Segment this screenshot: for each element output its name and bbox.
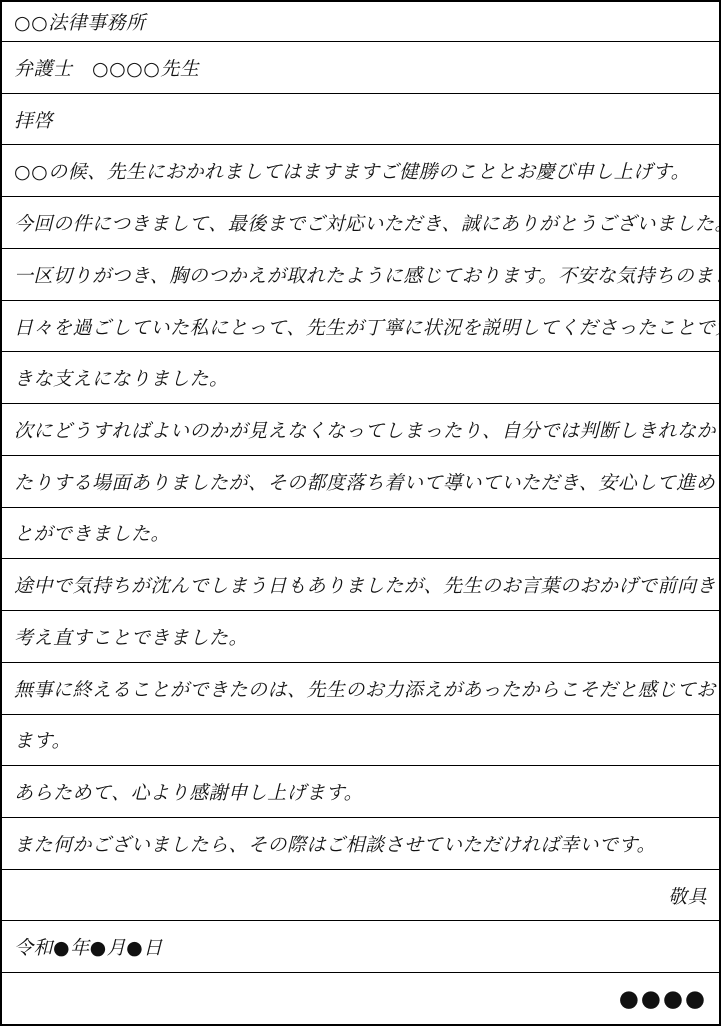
closing-salutation-text: 敬具 [668, 882, 707, 909]
seasonal-greeting-line: ○○の候、先生におかれましてはますますご健勝のこととお慶び申し上げす。 [2, 145, 719, 197]
gratitude-line: あらためて、心より感謝申し上げます。 [2, 766, 719, 818]
seasonal-greeting-text: ○○の候、先生におかれましてはますますご健勝のこととお慶び申し上げす。 [14, 157, 690, 184]
date-line: 令和●年●月●日 [2, 921, 719, 973]
body-text-9: 無事に終えることができたのは、先生のお力添えがあったからこそだと感じており [14, 675, 719, 702]
date-text: 令和●年●月●日 [14, 933, 163, 960]
opening-salutation-text: 拝啓 [14, 106, 53, 133]
thanks-line: 今回の件につきまして、最後までご対応いただき、誠にありがとうございました。 [2, 197, 719, 249]
recipient-office-line: ○○法律事務所 [2, 2, 719, 42]
body-line-3: きな支えになりました。 [2, 352, 719, 404]
closing-salutation-line: 敬具 [2, 870, 719, 922]
body-line-6: とができました。 [2, 508, 719, 560]
opening-salutation-line: 拝啓 [2, 94, 719, 146]
letter-sheet: ○○法律事務所 弁護士 ○○○○先生 拝啓 ○○の候、先生におかれましてはますま… [0, 0, 721, 1026]
body-text-2: 日々を過ごしていた私にとって、先生が丁寧に状況を説明してくださったことで大 [14, 313, 719, 340]
body-text-4: 次にどうすればよいのかが見えなくなってしまったり、自分では判断しきれなかっ [14, 416, 719, 443]
body-line-10: ます。 [2, 715, 719, 767]
body-text-7: 途中で気持ちが沈んでしまう日もありましたが、先生のお言葉のおかげで前向きに [14, 571, 719, 598]
body-line-5: たりする場面ありましたが、その都度落ち着いて導いていただき、安心して進めるこ [2, 456, 719, 508]
future-request-line: また何かございましたら、その際はご相談させていただければ幸いです。 [2, 818, 719, 870]
body-text-5: たりする場面ありましたが、その都度落ち着いて導いていただき、安心して進めるこ [14, 468, 719, 495]
body-text-10: ます。 [14, 726, 71, 753]
body-line-2: 日々を過ごしていた私にとって、先生が丁寧に状況を説明してくださったことで大 [2, 301, 719, 353]
recipient-office-text: ○○法律事務所 [14, 8, 146, 35]
gratitude-text: あらためて、心より感謝申し上げます。 [14, 778, 363, 805]
body-line-9: 無事に終えることができたのは、先生のお力添えがあったからこそだと感じており [2, 663, 719, 715]
body-text-8: 考え直すことできました。 [14, 623, 248, 650]
body-line-8: 考え直すことできました。 [2, 611, 719, 663]
body-line-1: 一区切りがつき、胸のつかえが取れたように感じております。不安な気持ちのまま [2, 249, 719, 301]
sender-name-line: ●●●● [2, 973, 719, 1024]
body-text-1: 一区切りがつき、胸のつかえが取れたように感じております。不安な気持ちのまま [14, 261, 719, 288]
recipient-name-line: 弁護士 ○○○○先生 [2, 42, 719, 94]
thanks-text: 今回の件につきまして、最後までご対応いただき、誠にありがとうございました。 [14, 209, 719, 236]
recipient-name-text: 弁護士 ○○○○先生 [14, 54, 199, 81]
body-line-4: 次にどうすればよいのかが見えなくなってしまったり、自分では判断しきれなかっ [2, 404, 719, 456]
body-text-6: とができました。 [14, 519, 170, 546]
sender-name-placeholder-dots: ●●●● [619, 985, 707, 1012]
body-line-7: 途中で気持ちが沈んでしまう日もありましたが、先生のお言葉のおかげで前向きに [2, 559, 719, 611]
body-text-3: きな支えになりました。 [14, 364, 229, 391]
future-request-text: また何かございましたら、その際はご相談させていただければ幸いです。 [14, 830, 656, 857]
